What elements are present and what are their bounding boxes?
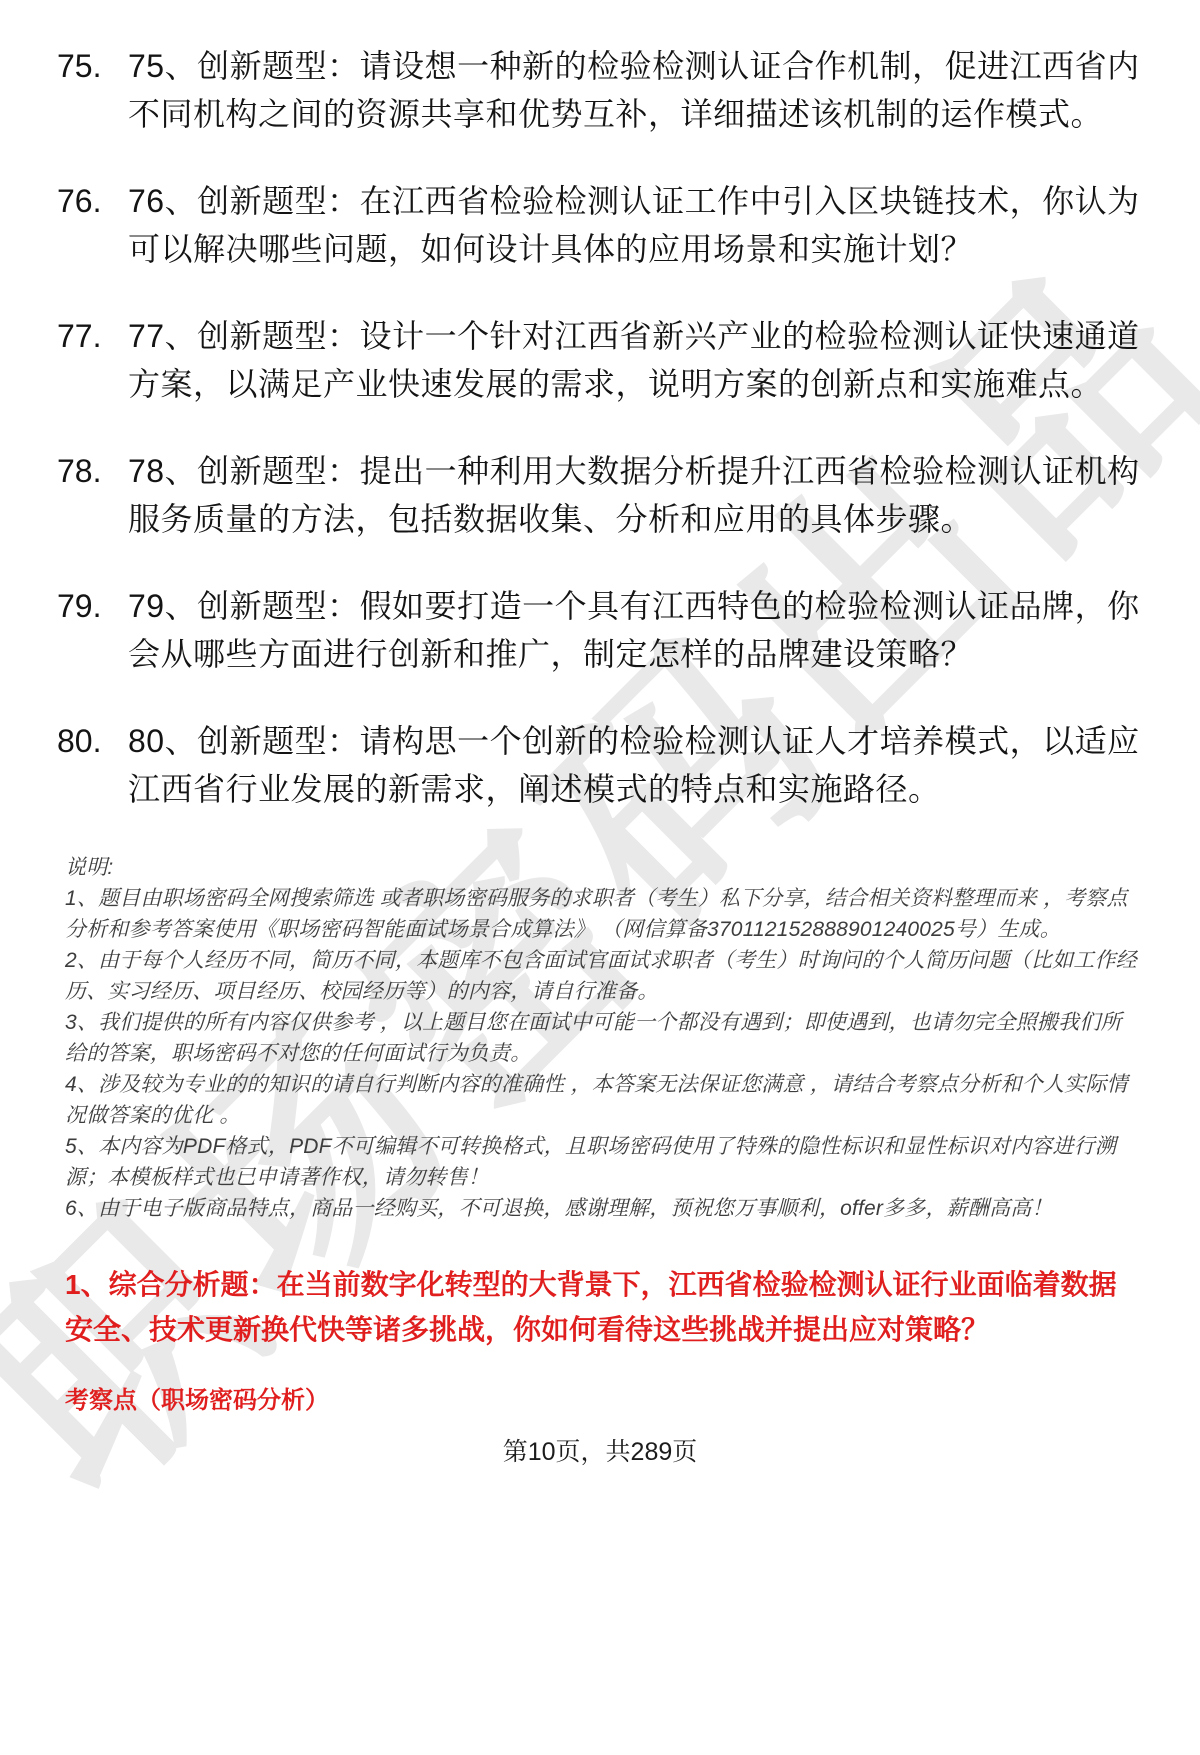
question-text: 80、创新题型：请构思一个创新的检验检测认证人才培养模式，以适应江西省行业发展的…: [128, 717, 1142, 813]
question-list: 75. 75、创新题型：请设想一种新的检验检测认证合作机制，促进江西省内不同机构…: [0, 0, 1200, 813]
note-item: 6、由于电子版商品特点，商品一经购买，不可退换，感谢理解，预祝您万事顺利，off…: [65, 1193, 1142, 1224]
question-text: 76、创新题型：在江西省检验检测认证工作中引入区块链技术，你认为可以解决哪些问题…: [128, 177, 1142, 273]
notes-heading: 说明:: [65, 852, 1142, 883]
note-item: 3、我们提供的所有内容仅供参考 ，以上题目您在面试中可能一个都没有遇到；即使遇到…: [65, 1007, 1142, 1069]
note-item: 2、由于每个人经历不同，简历不同，本题库不包含面试官面试求职者（考生）时询问的个…: [65, 945, 1142, 1007]
question-item: 80. 80、创新题型：请构思一个创新的检验检测认证人才培养模式，以适应江西省行…: [57, 717, 1142, 813]
question-text: 77、创新题型：设计一个针对江西省新兴产业的检验检测认证快速通道方案，以满足产业…: [128, 312, 1142, 408]
question-item: 76. 76、创新题型：在江西省检验检测认证工作中引入区块链技术，你认为可以解决…: [57, 177, 1142, 273]
question-number: 75.: [57, 42, 128, 138]
question-number: 76.: [57, 177, 128, 273]
question-item: 77. 77、创新题型：设计一个针对江西省新兴产业的检验检测认证快速通道方案，以…: [57, 312, 1142, 408]
exam-point-heading: 考察点（职场密码分析）: [65, 1386, 1140, 1416]
question-item: 78. 78、创新题型：提出一种利用大数据分析提升江西省检验检测认证机构服务质量…: [57, 447, 1142, 543]
question-text: 78、创新题型：提出一种利用大数据分析提升江西省检验检测认证机构服务质量的方法，…: [128, 447, 1142, 543]
note-item: 4、涉及较为专业的的知识的请自行判断内容的准确性 ，本答案无法保证您满意 ，请结…: [65, 1069, 1142, 1131]
notes-section: 说明: 1、题目由职场密码全网搜索筛选 或者职场密码服务的求职者（考生）私下分享…: [65, 852, 1142, 1224]
question-text: 75、创新题型：请设想一种新的检验检测认证合作机制，促进江西省内不同机构之间的资…: [128, 42, 1142, 138]
document-page: 职场密码出品 75. 75、创新题型：请设想一种新的检验检测认证合作机制，促进江…: [0, 0, 1200, 1755]
question-number: 78.: [57, 447, 128, 543]
page-content: 75. 75、创新题型：请设想一种新的检验检测认证合作机制，促进江西省内不同机构…: [0, 0, 1200, 1468]
note-item: 1、题目由职场密码全网搜索筛选 或者职场密码服务的求职者（考生）私下分享，结合相…: [65, 883, 1142, 945]
question-number: 77.: [57, 312, 128, 408]
question-item: 79. 79、创新题型：假如要打造一个具有江西特色的检验检测认证品牌，你会从哪些…: [57, 582, 1142, 678]
question-number: 79.: [57, 582, 128, 678]
question-number: 80.: [57, 717, 128, 813]
note-item: 5、本内容为PDF格式，PDF不可编辑不可转换格式，且职场密码使用了特殊的隐性标…: [65, 1131, 1142, 1193]
highlight-question: 1、综合分析题：在当前数字化转型的大背景下，江西省检验检测认证行业面临着数据安全…: [65, 1262, 1140, 1352]
page-number: 第10页，共289页: [0, 1432, 1200, 1468]
question-item: 75. 75、创新题型：请设想一种新的检验检测认证合作机制，促进江西省内不同机构…: [57, 42, 1142, 138]
question-text: 79、创新题型：假如要打造一个具有江西特色的检验检测认证品牌，你会从哪些方面进行…: [128, 582, 1142, 678]
